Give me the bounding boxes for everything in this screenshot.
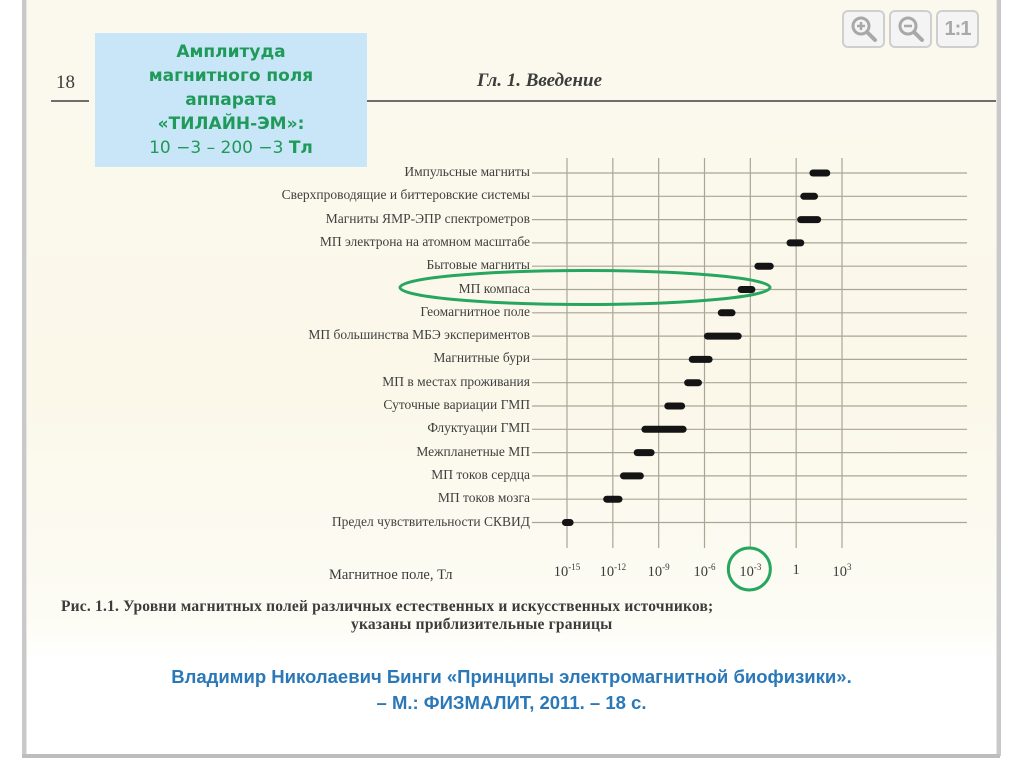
category-label: МП токов сердца [431, 467, 530, 483]
callout-line-4: «ТИЛАЙН-ЭМ»: [95, 112, 367, 136]
category-label: Магнитные бури [433, 350, 530, 366]
category-label: Предел чувствительности СКВИД [332, 514, 530, 530]
category-label: МП токов мозга [438, 490, 530, 506]
callout-value: 10 −3 – 200 −3 Тл [95, 136, 367, 160]
x-tick-label: 10-3 [739, 562, 761, 581]
x-tick-label: 10-12 [600, 562, 627, 581]
figure-caption: Рис. 1.1. Уровни магнитных полей различн… [61, 598, 1011, 634]
caption-line-1: Рис. 1.1. Уровни магнитных полей различн… [61, 598, 713, 615]
category-label: Флуктуации ГМП [427, 420, 530, 436]
category-label: Геомагнитное поле [420, 304, 530, 320]
zoom-in-icon [850, 15, 878, 43]
zoom-out-button[interactable] [889, 10, 932, 48]
category-label: Межпланетные МП [416, 444, 530, 460]
category-label: МП в местах проживания [382, 374, 530, 390]
x-tick-label: 10-15 [554, 562, 581, 581]
callout-line-2: магнитного поля [95, 64, 367, 88]
callout-line-1: Амплитуда [95, 40, 367, 64]
viewer-frame-right [996, 0, 1001, 756]
category-label: Суточные вариации ГМП [383, 397, 530, 413]
caption-line-2: указаны приблизительные границы [61, 616, 1011, 634]
callout-unit: Тл [289, 138, 313, 158]
source-line-1: Владимир Николаевич Бинги «Принципы элек… [27, 664, 996, 690]
category-label: Сверхпроводящие и биттеровские системы [282, 187, 530, 203]
actual-size-icon: 1:1 [945, 18, 971, 41]
x-tick-label: 10-6 [694, 562, 716, 581]
x-axis-title: Магнитное поле, Тл [329, 567, 453, 584]
category-label: Магниты ЯМР-ЭПР спектрометров [326, 211, 530, 227]
category-label: МП компаса [459, 281, 530, 297]
device-amplitude-callout: Амплитуда магнитного поля аппарата «ТИЛА… [95, 33, 367, 167]
zoom-in-button[interactable] [842, 10, 885, 48]
viewer-toolbar: 1:1 [842, 10, 979, 48]
actual-size-button[interactable]: 1:1 [936, 10, 979, 48]
source-citation: Владимир Николаевич Бинги «Принципы элек… [27, 664, 996, 716]
category-label: МП электрона на атомном масштабе [320, 234, 530, 250]
zoom-out-icon [897, 15, 925, 43]
category-label: МП большинства МБЭ экспериментов [308, 327, 530, 343]
x-tick-label: 10-9 [648, 562, 670, 581]
x-tick-label: 1 [793, 562, 800, 579]
callout-line-3: аппарата [95, 88, 367, 112]
slide-page: 18 Гл. 1. Введение Импульсные магнитыСве… [27, 0, 996, 754]
x-tick-label: 103 [833, 562, 852, 581]
category-label: Бытовые магниты [426, 257, 530, 273]
category-label: Импульсные магниты [404, 164, 530, 180]
callout-range: 10 −3 – 200 −3 [149, 138, 283, 158]
viewer-frame-bottom [22, 754, 1000, 758]
source-line-2: – М.: ФИЗМАЛИТ, 2011. – 18 с. [27, 690, 996, 716]
